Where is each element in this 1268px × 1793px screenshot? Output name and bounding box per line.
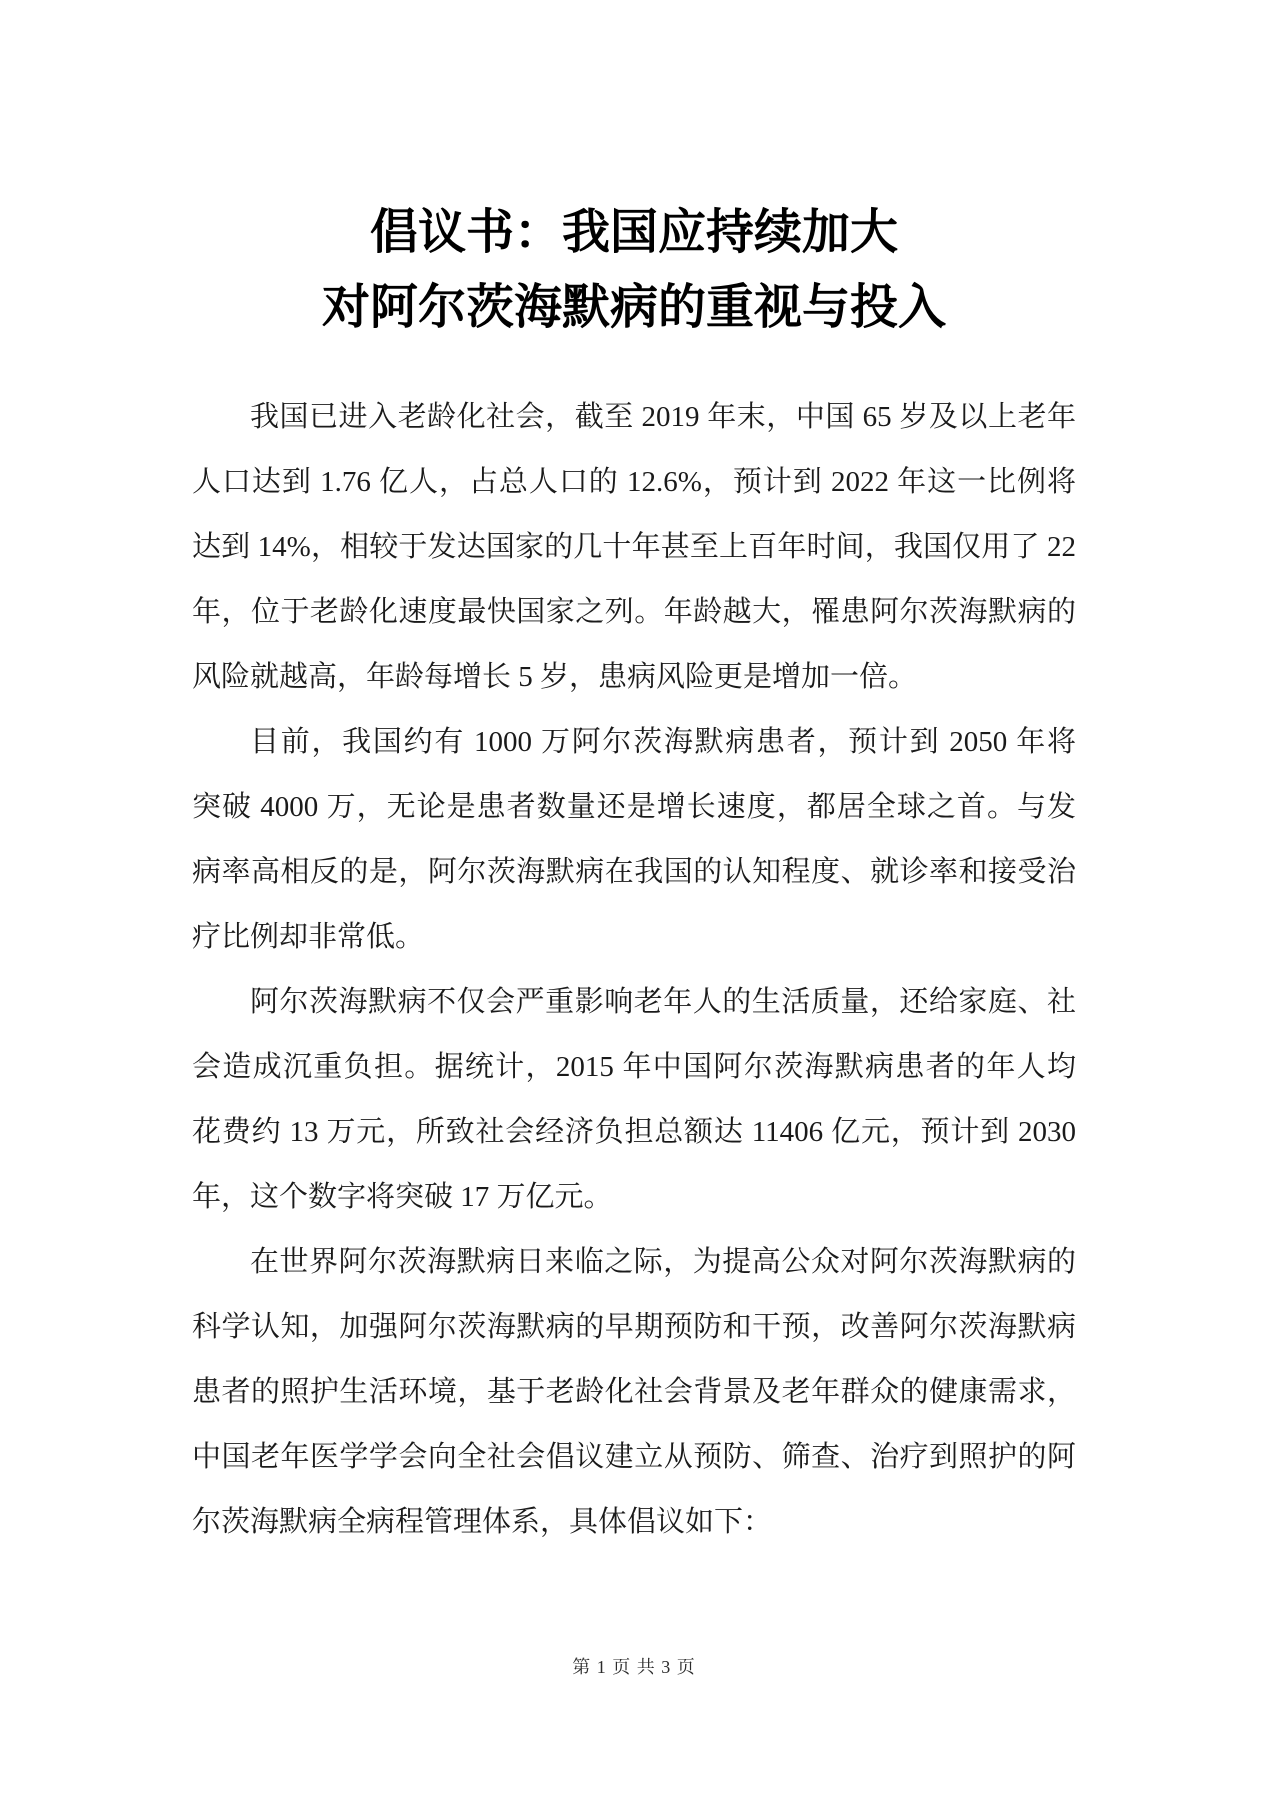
text-line: 患者的照护生活环境，基于老龄化社会背景及老年群众的健康需求， — [192, 1360, 1076, 1425]
paragraph: 我国已进入老龄化社会，截至 2019 年末，中国 65 岁及以上老年人口达到 1… — [192, 385, 1076, 710]
title-line-1: 倡议书：我国应持续加大 — [192, 195, 1076, 270]
text-line: 我国已进入老龄化社会，截至 2019 年末，中国 65 岁及以上老年 — [192, 385, 1076, 450]
paragraph: 目前，我国约有 1000 万阿尔茨海默病患者，预计到 2050 年将突破 400… — [192, 710, 1076, 970]
text-line: 目前，我国约有 1000 万阿尔茨海默病患者，预计到 2050 年将 — [192, 710, 1076, 775]
text-line: 尔茨海默病全病程管理体系，具体倡议如下： — [192, 1490, 1076, 1555]
text-line: 疗比例却非常低。 — [192, 905, 1076, 970]
text-line: 年，位于老龄化速度最快国家之列。年龄越大，罹患阿尔茨海默病的 — [192, 580, 1076, 645]
title-line-2: 对阿尔茨海默病的重视与投入 — [192, 270, 1076, 345]
text-line: 人口达到 1.76 亿人，占总人口的 12.6%，预计到 2022 年这一比例将 — [192, 450, 1076, 515]
paragraph: 阿尔茨海默病不仅会严重影响老年人的生活质量，还给家庭、社会造成沉重负担。据统计，… — [192, 970, 1076, 1230]
text-line: 年，这个数字将突破 17 万亿元。 — [192, 1165, 1076, 1230]
document-body: 我国已进入老龄化社会，截至 2019 年末，中国 65 岁及以上老年人口达到 1… — [192, 385, 1076, 1555]
document-page: 倡议书：我国应持续加大 对阿尔茨海默病的重视与投入 我国已进入老龄化社会，截至 … — [0, 0, 1268, 1793]
text-line: 会造成沉重负担。据统计，2015 年中国阿尔茨海默病患者的年人均 — [192, 1035, 1076, 1100]
text-line: 阿尔茨海默病不仅会严重影响老年人的生活质量，还给家庭、社 — [192, 970, 1076, 1035]
text-line: 突破 4000 万，无论是患者数量还是增长速度，都居全球之首。与发 — [192, 775, 1076, 840]
text-line: 风险就越高，年龄每增长 5 岁，患病风险更是增加一倍。 — [192, 645, 1076, 710]
document-title: 倡议书：我国应持续加大 对阿尔茨海默病的重视与投入 — [192, 195, 1076, 345]
text-line: 科学认知，加强阿尔茨海默病的早期预防和干预，改善阿尔茨海默病 — [192, 1295, 1076, 1360]
text-line: 在世界阿尔茨海默病日来临之际，为提高公众对阿尔茨海默病的 — [192, 1230, 1076, 1295]
text-line: 达到 14%，相较于发达国家的几十年甚至上百年时间，我国仅用了 22 — [192, 515, 1076, 580]
page-footer: 第 1 页 共 3 页 — [0, 1655, 1268, 1679]
text-line: 病率高相反的是，阿尔茨海默病在我国的认知程度、就诊率和接受治 — [192, 840, 1076, 905]
text-line: 中国老年医学学会向全社会倡议建立从预防、筛查、治疗到照护的阿 — [192, 1425, 1076, 1490]
paragraph: 在世界阿尔茨海默病日来临之际，为提高公众对阿尔茨海默病的科学认知，加强阿尔茨海默… — [192, 1230, 1076, 1555]
page-number: 第 1 页 共 3 页 — [572, 1657, 696, 1677]
text-line: 花费约 13 万元，所致社会经济负担总额达 11406 亿元，预计到 2030 — [192, 1100, 1076, 1165]
